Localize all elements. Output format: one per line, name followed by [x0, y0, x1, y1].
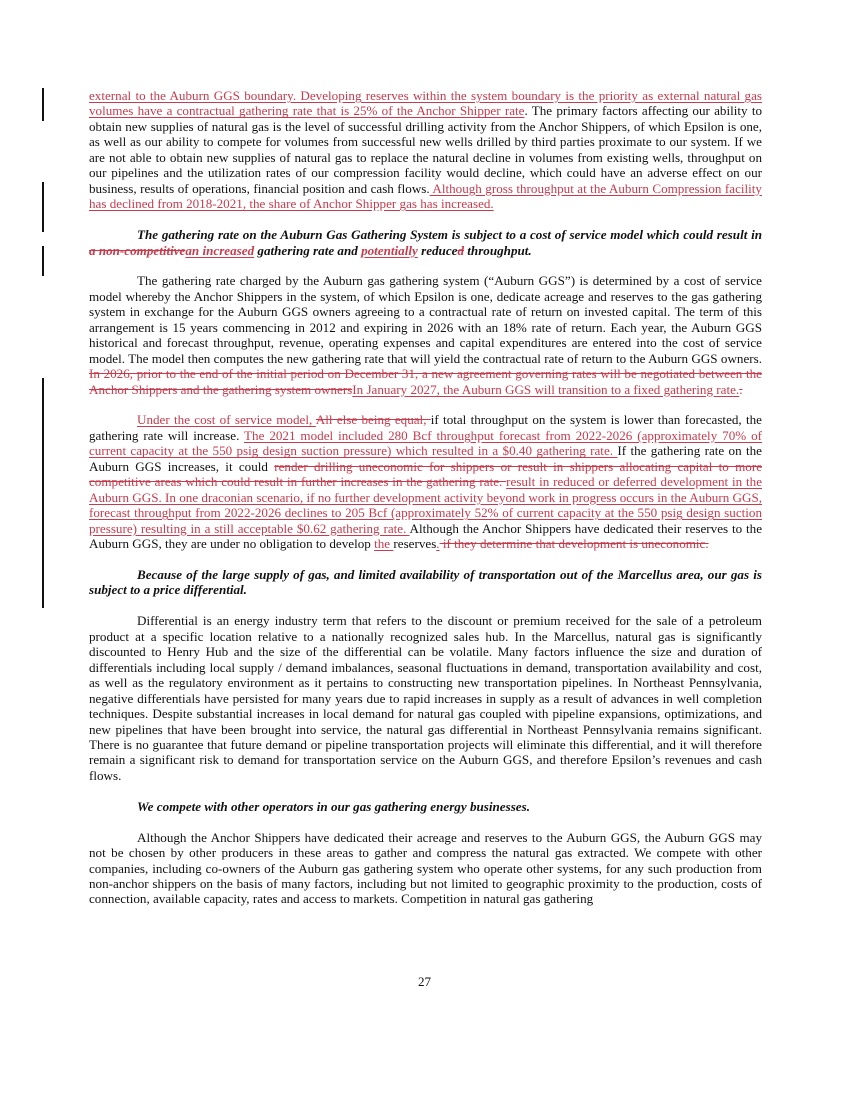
document-page: external to the Auburn GGS boundary. Dev… [89, 88, 762, 907]
spacer [89, 397, 762, 412]
heading-text: gathering rate and [254, 243, 361, 258]
heading-text: throughput. [464, 243, 532, 258]
spacer [89, 212, 762, 227]
body-text: The gathering rate charged by the Auburn… [89, 273, 762, 365]
page-number: 27 [0, 974, 849, 990]
spacer [89, 258, 762, 273]
risk-heading-gathering-rate: The gathering rate on the Auburn Gas Gat… [89, 227, 762, 258]
paragraph-throughput-scenarios: Under the cost of service model, All els… [89, 412, 762, 551]
paragraph-cost-of-service: The gathering rate charged by the Auburn… [89, 273, 762, 397]
deleted-text: a non-competitive [89, 243, 185, 258]
risk-heading-competition: We compete with other operators in our g… [89, 799, 762, 814]
risk-heading-price-differential: Because of the large supply of gas, and … [89, 567, 762, 598]
spacer [89, 552, 762, 567]
spacer [89, 814, 762, 829]
heading-text: reduce [418, 243, 458, 258]
change-bar [42, 88, 44, 121]
heading-text: The gathering rate on the Auburn Gas Gat… [137, 227, 762, 242]
body-text: reserves [393, 536, 436, 551]
deleted-text: if they determine that development is un… [440, 536, 709, 551]
inserted-text: Under the cost of service model, [137, 412, 316, 427]
spacer [89, 783, 762, 798]
change-bar [42, 246, 44, 276]
inserted-text: the [374, 536, 393, 551]
change-bar [42, 182, 44, 232]
inserted-text: potentially [361, 243, 418, 258]
paragraph-differential: Differential is an energy industry term … [89, 613, 762, 783]
paragraph-supply-factors: external to the Auburn GGS boundary. Dev… [89, 88, 762, 212]
spacer [89, 598, 762, 613]
inserted-text: an increased [185, 243, 254, 258]
paragraph-competition: Although the Anchor Shippers have dedica… [89, 830, 762, 907]
inserted-text: In January 2027, the Auburn GGS will tra… [352, 382, 739, 397]
deleted-text: . [739, 382, 742, 397]
deleted-text: All else being equal, [316, 412, 431, 427]
change-bar [42, 378, 44, 608]
